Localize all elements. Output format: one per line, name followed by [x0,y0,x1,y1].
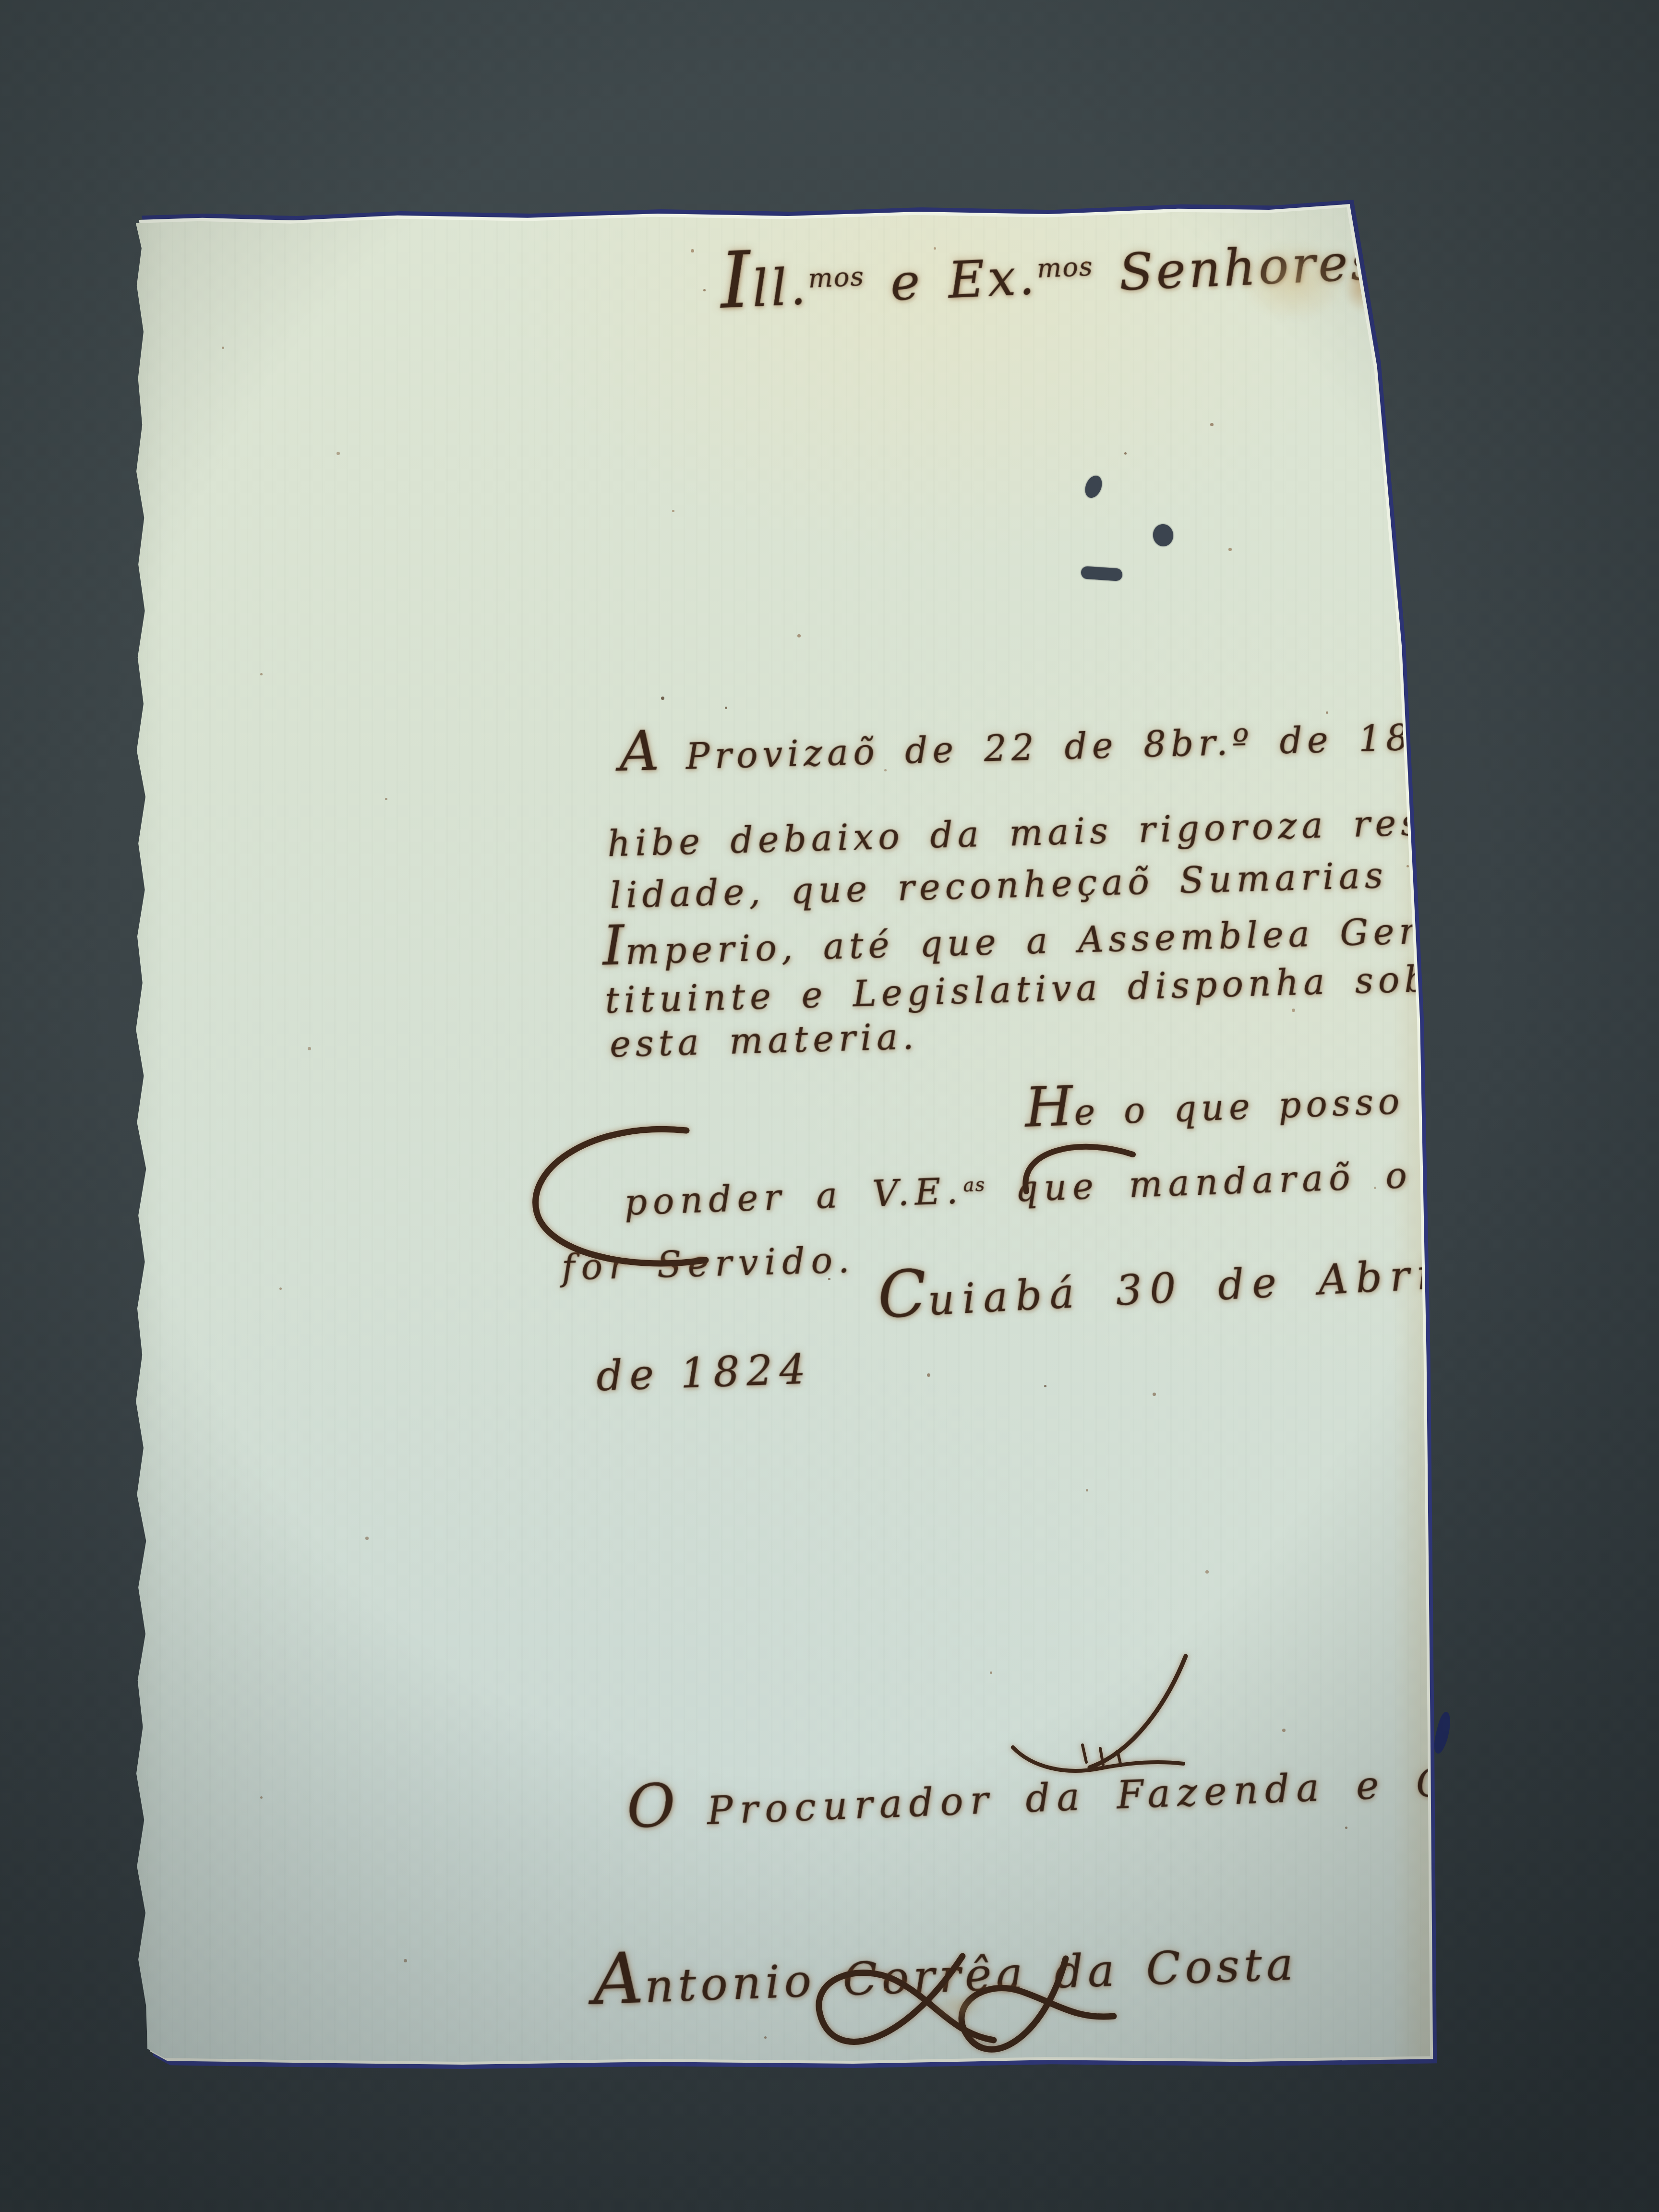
scanned-document-photo: Ill.mos e Ex.mos Senhores A Provizaõ de … [0,0,1659,2212]
body-line: hibe debaixo da mais rigoroza responsabi… [607,797,1615,865]
body-line-text: ponder a V.E. [624,1170,964,1224]
dateline-year: de 1824 [595,1345,813,1401]
manuscript-page: Ill.mos e Ex.mos Senhores A Provizaõ de … [134,202,1435,2062]
body-line: esta materia. [609,1016,919,1066]
dateline-place: Cuiabá 30 de Abril [877,1240,1460,1327]
ink-layer: Ill.mos e Ex.mos Senhores A Provizaõ de … [134,202,1435,2062]
salutation-word: Senhores [1092,232,1380,303]
salutation-line: Ill.mos e Ex.mos Senhores [719,222,1381,320]
ink-blot [1152,523,1175,547]
closing-office-line: O Procurador da Fazenda e Coroa [626,1747,1567,1836]
paraph-rubric-ticks [1082,1745,1121,1766]
body-line: for Servido. [561,1239,856,1288]
paraph-rubric-arc [1090,1656,1186,1767]
backing-sheet-scrap [1431,1711,1454,1755]
abbrev-superscript: as [963,1174,986,1197]
signature-line: Antonio Corrêa da Costa [592,1928,1298,2015]
body-line-text: que mandaraõ o que [985,1151,1527,1211]
ink-blot [1081,566,1123,581]
salutation-superscript-2: mos [1036,252,1094,284]
foxing-specks [134,202,137,204]
body-line: He o que posso res- [1024,1069,1516,1135]
salutation-abbrev-1: Ill. [719,257,809,320]
ink-blot [1082,473,1105,500]
body-line: A Provizaõ de 22 de 8br.º de 1823 pro- [619,705,1587,780]
salutation-superscript-1: mos [807,261,865,294]
salutation-abbrev-2: e Ex. [864,247,1038,313]
body-line: ponder a V.E.as que mandaraõ o que [624,1151,1527,1224]
